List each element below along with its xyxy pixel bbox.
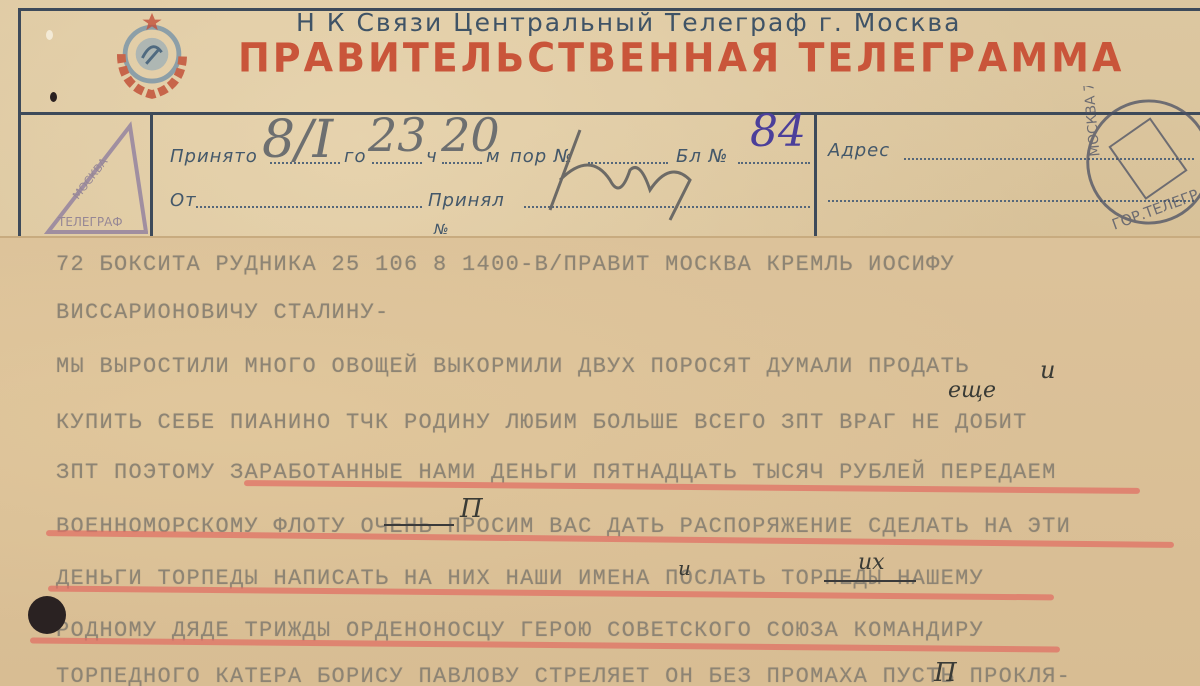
- tape-line: ВИССАРИОНОВИЧУ СТАЛИНУ-: [56, 300, 390, 325]
- received-label: Принято: [170, 146, 258, 167]
- handwritten-insert: и: [678, 556, 691, 580]
- dotted-line: [196, 206, 422, 208]
- form-divider: [814, 114, 817, 248]
- svg-text:МОСКВА 73: МОСКВА 73: [1080, 86, 1103, 157]
- tape-line: КУПИТЬ СЕБЕ ПИАНИНО ТЧК РОДИНУ ЛЮБИМ БОЛ…: [56, 410, 1028, 435]
- handwritten-insert: их: [858, 550, 885, 575]
- tape-line: 72 БОКСИТА РУДНИКА 25 106 8 1400-В/ПРАВИ…: [56, 252, 955, 277]
- handwritten-insert: П: [934, 658, 957, 686]
- signature-icon: [520, 120, 740, 230]
- dotted-line: [442, 162, 482, 164]
- handwritten-date: 8/I: [262, 110, 333, 170]
- address-label: Адрес: [828, 140, 890, 161]
- tape-line: ЗПТ ПОЭТОМУ ЗАРАБОТАННЫЕ НАМИ ДЕНЬГИ ПЯТ…: [56, 460, 1057, 485]
- punch-hole: [28, 596, 66, 634]
- issuer-line: Н К Связи Центральный Телеграф г. Москва: [296, 8, 962, 37]
- punch-hole: [46, 30, 53, 40]
- form-divider: [150, 114, 153, 248]
- tape-line: МЫ ВЫРОСТИЛИ МНОГО ОВОЩЕЙ ВЫКОРМИЛИ ДВУХ…: [56, 354, 970, 379]
- document-title: ПРАВИТЕЛЬСТВЕННАЯ ТЕЛЕГРАММА: [238, 35, 1124, 81]
- handwritten-time: 23 20: [368, 108, 500, 162]
- handwritten-insert: еще: [948, 378, 996, 403]
- blank-number: 84: [750, 106, 806, 157]
- from-label: От: [170, 190, 197, 211]
- strikethrough: [824, 580, 916, 582]
- punch-hole: [50, 92, 57, 102]
- round-postmark-icon: ГОР.ТЕЛЕГР. МОСКВА 73: [1072, 86, 1200, 238]
- svg-text:МОСКВА: МОСКВА: [70, 155, 111, 202]
- strikethrough: [384, 524, 454, 526]
- day-label: го: [344, 146, 366, 167]
- triangle-stamp-icon: ТЕЛЕГРАФ МОСКВА: [38, 120, 148, 240]
- dotted-line: [372, 162, 422, 164]
- ussr-coat-of-arms-icon: [104, 10, 200, 106]
- telegram-document: Н К Связи Центральный Телеграф г. Москва…: [0, 0, 1200, 686]
- svg-text:ТЕЛЕГРАФ: ТЕЛЕГРАФ: [57, 215, 123, 229]
- handwritten-insert: П: [460, 494, 483, 524]
- handwritten-insert: и: [1040, 356, 1055, 384]
- tape-line: ТОРПЕДНОГО КАТЕРА БОРИСУ ПАВЛОВУ СТРЕЛЯЕ…: [56, 664, 1071, 686]
- dotted-line: [738, 162, 810, 164]
- accepted-by-label: Принял: [428, 190, 505, 211]
